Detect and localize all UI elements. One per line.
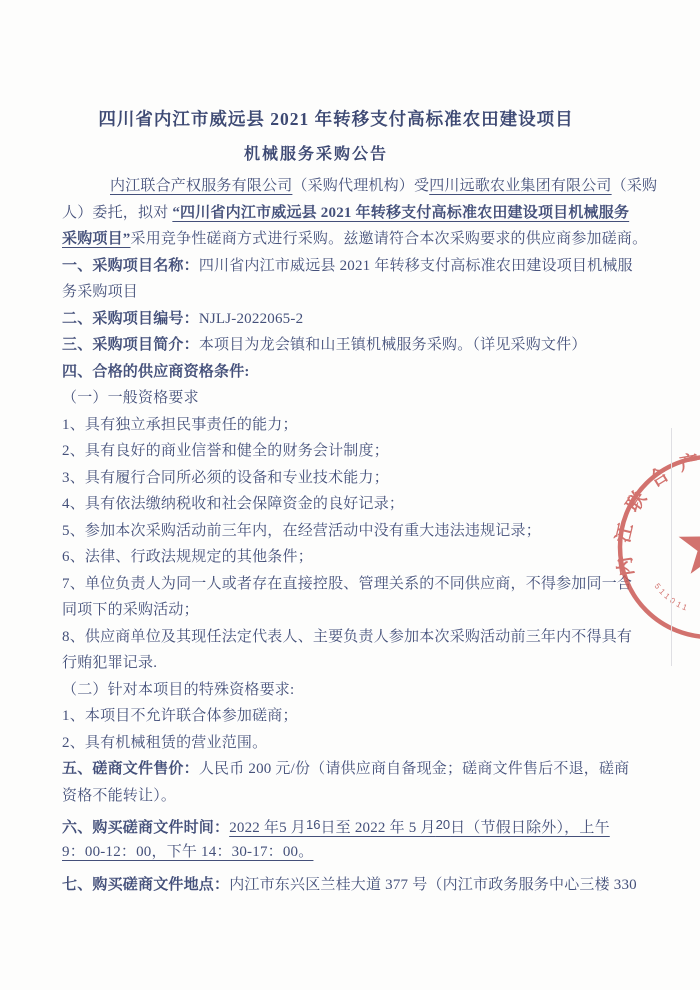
purchase-time-value: 9：00-12：00，下午 14：30-17：00。: [62, 844, 313, 860]
special-requirement-item: 1、本项目不允许联合体参加磋商；: [62, 703, 640, 730]
date-text: 2022 年5 月: [229, 820, 306, 836]
intro-line-3: 采购项目”采用竞争性磋商方式进行采购。兹邀请符合本次采购要求的供应商参加磋商。: [62, 226, 640, 253]
general-requirement-item: 1、具有独立承担民事责任的能力；: [62, 412, 640, 439]
project-name-quoted: 采购项目”: [62, 231, 131, 247]
section-label: 七、购买磋商文件地点：: [62, 877, 229, 893]
general-requirement-item: 8、供应商单位及其现任法定代表人、主要负责人参加本次采购活动前三年内不得具有: [62, 624, 640, 651]
section-label: 一、采购项目名称：: [62, 258, 199, 274]
date-text: 日（节假日除外），上午: [450, 820, 610, 836]
intro-text: （采购: [612, 178, 658, 194]
section-text: 本项目为龙会镇和山王镇机械服务采购。（详见采购文件）: [199, 337, 587, 353]
section-6-continuation: 9：00-12：00，下午 14：30-17：00。: [62, 839, 640, 866]
section-label: 四、合格的供应商资格条件:: [62, 364, 250, 380]
section-text: 四川省内江市威远县 2021 年转移支付高标准农田建设项目机械服: [199, 258, 633, 274]
scan-artifact-line: [671, 428, 672, 666]
special-requirements-header: （二）针对本项目的特殊资格要求:: [62, 677, 640, 704]
seal-star-icon: [679, 514, 700, 574]
general-requirement-item-continuation: 同项下的采购活动；: [62, 597, 640, 624]
section-label: 二、采购项目编号：: [62, 311, 199, 327]
section-label: 五、磋商文件售价：: [62, 761, 199, 777]
document-body: 内江联合产权服务有限公司（采购代理机构）受四川远歌农业集团有限公司（采购 人）委…: [62, 173, 640, 899]
purchaser-name: 四川远歌农业集团有限公司: [429, 178, 611, 194]
section-5-continuation: 资格不能转让）。: [62, 783, 640, 810]
date-text: 日至 2022 年 5 月: [320, 820, 435, 836]
intro-text: 采用竞争性磋商方式进行采购。兹邀请符合本次采购要求的供应商参加磋商。: [131, 231, 648, 247]
intro-text: 人）委托，拟对: [62, 205, 172, 221]
intro-text: （采购代理机构）受: [292, 178, 429, 194]
section-6-purchase-time: 六、购买磋商文件时间：2022 年5 月16日至 2022 年 5 月20日（节…: [62, 812, 640, 839]
official-seal: 内江联合产权服务有限公司 511011: [560, 420, 700, 680]
general-requirements-header: （一）一般资格要求: [62, 385, 640, 412]
section-2-project-number: 二、采购项目编号：NJLJ-2022065-2: [62, 306, 640, 333]
agency-name: 内江联合产权服务有限公司: [110, 178, 292, 194]
page-title-line-2: 机械服务采购公告: [0, 141, 666, 164]
general-requirement-item: 7、单位负责人为同一人或者存在直接控股、管理关系的不同供应商，不得参加同一合: [62, 571, 640, 598]
filled-day-number: 16: [306, 817, 320, 832]
document-page: 四川省内江市威远县 2021 年转移支付高标准农田建设项目 机械服务采购公告 内…: [0, 0, 700, 990]
section-4-qualification-header: 四、合格的供应商资格条件:: [62, 359, 640, 386]
project-name-quoted: “四川省内江市威远县 2021 年转移支付高标准农田建设项目机械服务: [172, 205, 629, 221]
section-label: 三、采购项目简介：: [62, 337, 199, 353]
section-text: 人民币 200 元/份（请供应商自备现金；磋商文件售后不退，磋商: [199, 761, 630, 777]
section-label: 六、购买磋商文件时间：: [62, 820, 229, 836]
intro-line-1: 内江联合产权服务有限公司（采购代理机构）受四川远歌农业集团有限公司（采购: [62, 173, 640, 200]
section-1-project-name: 一、采购项目名称：四川省内江市威远县 2021 年转移支付高标准农田建设项目机械…: [62, 253, 640, 280]
general-requirement-item: 4、具有依法缴纳税收和社会保障资金的良好记录；: [62, 491, 640, 518]
section-7-purchase-place: 七、购买磋商文件地点：内江市东兴区兰桂大道 377 号（内江市政务服务中心三楼 …: [62, 872, 640, 899]
page-title-line-1: 四川省内江市威远县 2021 年转移支付高标准农田建设项目: [0, 106, 686, 131]
section-1-continuation: 务采购项目: [62, 279, 640, 306]
section-5-document-price: 五、磋商文件售价：人民币 200 元/份（请供应商自备现金；磋商文件售后不退，磋…: [62, 756, 640, 783]
general-requirement-item: 5、参加本次采购活动前三年内，在经营活动中没有重大违法违规记录；: [62, 518, 640, 545]
general-requirement-item-continuation: 行贿犯罪记录.: [62, 650, 640, 677]
general-requirement-item: 6、法律、行政法规规定的其他条件；: [62, 544, 640, 571]
intro-line-2: 人）委托，拟对 “四川省内江市威远县 2021 年转移支付高标准农田建设项目机械…: [62, 200, 640, 227]
general-requirement-item: 3、具有履行合同所必须的设备和专业技术能力；: [62, 465, 640, 492]
filled-day-number: 20: [436, 817, 450, 832]
section-text: 内江市东兴区兰桂大道 377 号（内江市政务服务中心三楼 330: [229, 877, 637, 893]
section-3-project-brief: 三、采购项目简介：本项目为龙会镇和山王镇机械服务采购。（详见采购文件）: [62, 332, 640, 359]
purchase-time-value: 2022 年5 月16日至 2022 年 5 月20日（节假日除外），上午: [229, 820, 610, 836]
general-requirement-item: 2、具有良好的商业信誉和健全的财务会计制度；: [62, 438, 640, 465]
special-requirement-item: 2、具有机械租赁的营业范围。: [62, 730, 640, 757]
project-number-value: NJLJ-2022065-2: [199, 311, 303, 327]
